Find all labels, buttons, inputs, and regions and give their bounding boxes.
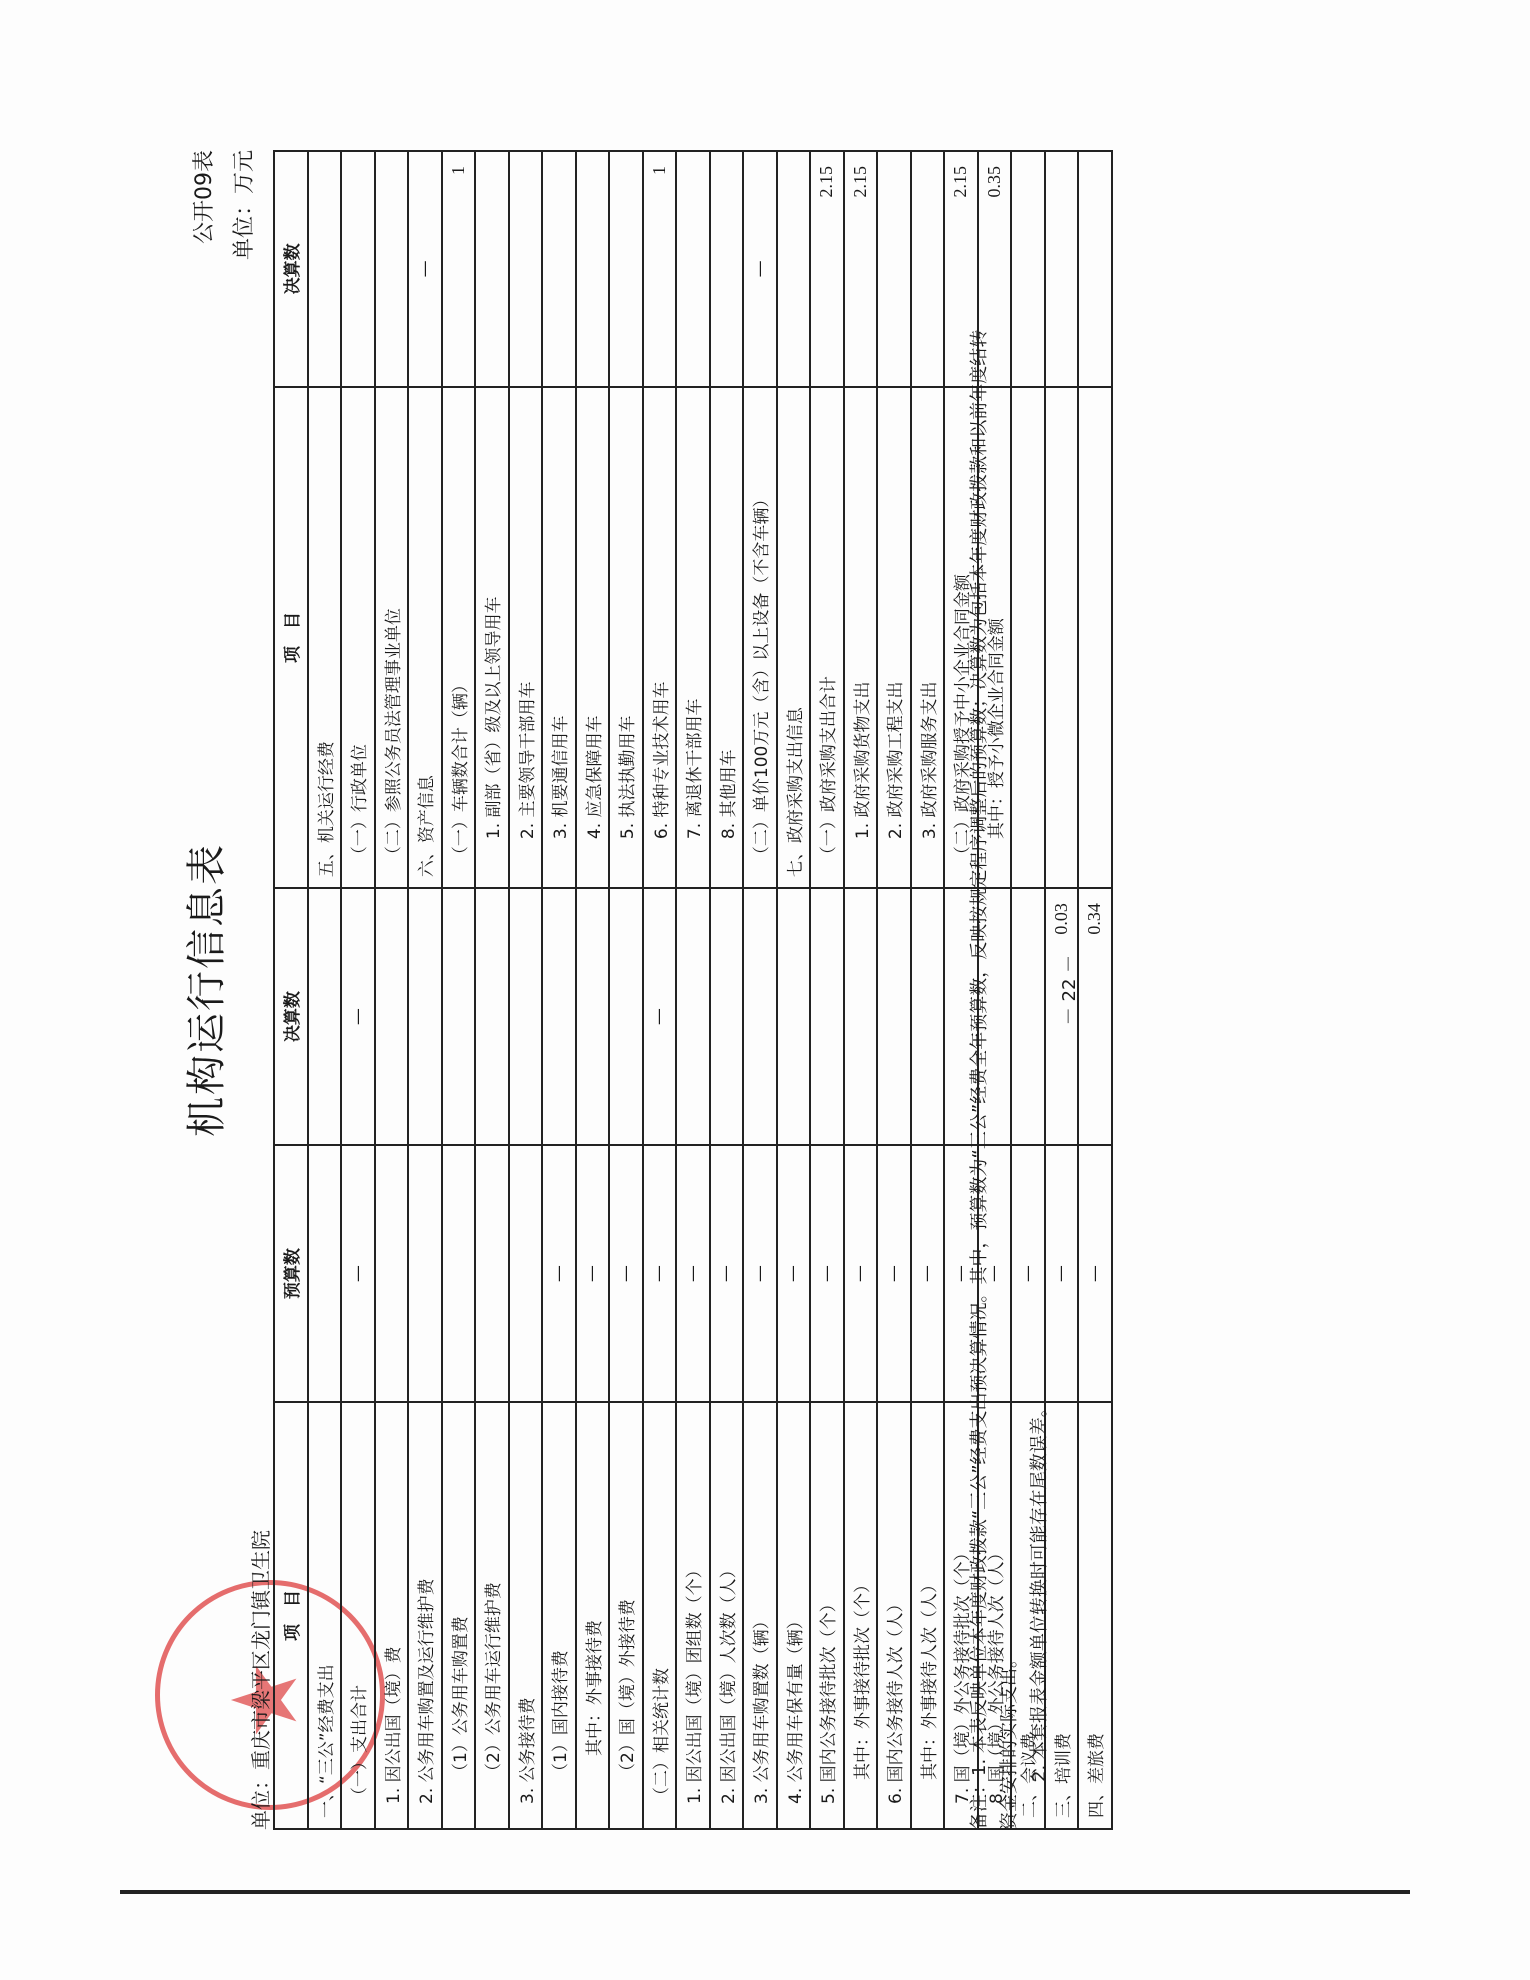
right-final-cell xyxy=(710,151,744,387)
left-budget-cell: — xyxy=(643,1145,677,1402)
left-final-cell xyxy=(576,888,610,1145)
left-budget-cell: — xyxy=(609,1145,643,1402)
left-final-cell xyxy=(877,888,911,1145)
right-item-cell: 6. 特种专业技术用车 xyxy=(643,387,677,888)
table-row: 其中：外事接待费—4. 应急保障用车 xyxy=(576,151,610,1829)
left-budget-cell xyxy=(442,1145,476,1402)
left-final-cell xyxy=(777,888,811,1145)
right-item-cell: 五、机关运行经费 xyxy=(308,387,342,888)
right-final-cell xyxy=(877,151,911,387)
right-final-cell xyxy=(375,151,409,387)
left-final-cell xyxy=(475,888,509,1145)
footnote-1-cont: 资金安排的实际支出。 xyxy=(995,150,1025,1830)
left-final-cell xyxy=(844,888,878,1145)
table-row: 5. 国内公务接待批次（个）—（一）政府采购支出合计2.15 xyxy=(810,151,844,1829)
left-item-cell: （2）国（境）外接待费 xyxy=(609,1402,643,1829)
footnote-2: 2. 本套报表金额单位转换时可能存在尾数误差。 xyxy=(1025,150,1055,1830)
right-final-cell xyxy=(576,151,610,387)
left-final-cell xyxy=(442,888,476,1145)
right-item-cell: 5. 执法执勤用车 xyxy=(609,387,643,888)
left-budget-cell xyxy=(408,1145,442,1402)
left-final-cell xyxy=(609,888,643,1145)
table-header-row: 项 目 预算数 决算数 项 目 决算数 xyxy=(274,151,308,1829)
left-final-cell: 0.34 xyxy=(1078,888,1112,1145)
footnotes: 备注：1. 本表反映单位本年度财政拨款“三公”经费支出预决算情况。其中，预算数为… xyxy=(965,150,1055,1830)
header-item-left: 项 目 xyxy=(274,1402,308,1829)
right-final-cell xyxy=(308,151,342,387)
right-item-cell: （一）行政单位 xyxy=(341,387,375,888)
left-final-cell xyxy=(375,888,409,1145)
left-final-cell: — xyxy=(341,888,375,1145)
left-budget-cell: — xyxy=(877,1145,911,1402)
left-item-cell: （1）公务用车购置费 xyxy=(442,1402,476,1829)
table-row: （1）公务用车购置费（一）车辆数合计（辆）1 xyxy=(442,151,476,1829)
left-item-cell: 四、差旅费 xyxy=(1078,1402,1112,1829)
header-final-left: 决算数 xyxy=(274,888,308,1145)
header-item-right: 项 目 xyxy=(274,387,308,888)
currency-unit: 单位：万元 xyxy=(227,150,258,260)
page-number: － 22 － xyxy=(1055,130,1081,1850)
right-item-cell: （二）参照公务员法管理事业单位 xyxy=(375,387,409,888)
right-final-cell xyxy=(1078,151,1112,387)
left-item-cell: 1. 因公出国（境）团组数（个） xyxy=(676,1402,710,1829)
right-item-cell: 3. 机要通信用车 xyxy=(542,387,576,888)
left-item-cell: 其中：外事接待费 xyxy=(576,1402,610,1829)
table-row: （一）支出合计——（一）行政单位 xyxy=(341,151,375,1829)
table-row: 1. 因公出国（境）团组数（个）—7. 离退休干部用车 xyxy=(676,151,710,1829)
left-budget-cell: — xyxy=(576,1145,610,1402)
right-final-cell xyxy=(475,151,509,387)
left-item-cell: 其中：外事接待人次（人） xyxy=(911,1402,945,1829)
left-item-cell: （二）相关统计数 xyxy=(643,1402,677,1829)
left-final-cell xyxy=(911,888,945,1145)
right-item-cell: 4. 应急保障用车 xyxy=(576,387,610,888)
table-row: 4. 公务用车保有量（辆）—七、政府采购支出信息 xyxy=(777,151,811,1829)
header-budget: 预算数 xyxy=(274,1145,308,1402)
right-item-cell: 2. 主要领导干部用车 xyxy=(509,387,543,888)
right-final-cell xyxy=(777,151,811,387)
table-row: 四、差旅费—0.34 xyxy=(1078,151,1112,1829)
right-final-cell: 1 xyxy=(442,151,476,387)
left-budget-cell: — xyxy=(676,1145,710,1402)
page-title: 机构运行信息表 xyxy=(175,130,232,1850)
table-row: （2）国（境）外接待费—5. 执法执勤用车 xyxy=(609,151,643,1829)
right-final-cell xyxy=(542,151,576,387)
form-number: 公开09表 xyxy=(187,150,218,244)
left-item-cell: （一）支出合计 xyxy=(341,1402,375,1829)
right-item-cell: 1. 副部（省）级及以上领导用车 xyxy=(475,387,509,888)
left-budget-cell: — xyxy=(810,1145,844,1402)
right-final-cell: — xyxy=(743,151,777,387)
table-row: （1）国内接待费—3. 机要通信用车 xyxy=(542,151,576,1829)
right-final-cell xyxy=(911,151,945,387)
right-item-cell: 7. 离退休干部用车 xyxy=(676,387,710,888)
left-budget-cell: — xyxy=(844,1145,878,1402)
table-row: 其中：外事接待人次（人）—3. 政府采购服务支出 xyxy=(911,151,945,1829)
right-item-cell: 六、资产信息 xyxy=(408,387,442,888)
left-item-cell: （1）国内接待费 xyxy=(542,1402,576,1829)
footnote-1: 备注：1. 本表反映单位本年度财政拨款“三公”经费支出预决算情况。其中，预算数为… xyxy=(965,150,995,1830)
right-item-cell: 3. 政府采购服务支出 xyxy=(911,387,945,888)
left-budget-cell: — xyxy=(341,1145,375,1402)
right-item-cell: （二）单价100万元（含）以上设备（不含车辆） xyxy=(743,387,777,888)
table-row: 其中：外事接待批次（个）—1. 政府采购货物支出2.15 xyxy=(844,151,878,1829)
scan-edge-line xyxy=(120,1890,1410,1894)
left-final-cell xyxy=(810,888,844,1145)
left-item-cell: 1. 因公出国（境）费 xyxy=(375,1402,409,1829)
right-item-cell: 2. 政府采购工程支出 xyxy=(877,387,911,888)
table-row: 6. 国内公务接待人次（人）—2. 政府采购工程支出 xyxy=(877,151,911,1829)
table-row: 3. 公务接待费2. 主要领导干部用车 xyxy=(509,151,543,1829)
right-final-cell: 2.15 xyxy=(810,151,844,387)
left-budget-cell xyxy=(308,1145,342,1402)
left-item-cell: 一、“三公”经费支出 xyxy=(308,1402,342,1829)
right-final-cell xyxy=(341,151,375,387)
left-budget-cell: — xyxy=(710,1145,744,1402)
table-row: （二）相关统计数——6. 特种专业技术用车1 xyxy=(643,151,677,1829)
table-row: （2）公务用车运行维护费1. 副部（省）级及以上领导用车 xyxy=(475,151,509,1829)
right-item-cell: 1. 政府采购货物支出 xyxy=(844,387,878,888)
right-final-cell: — xyxy=(408,151,442,387)
right-item-cell: 七、政府采购支出信息 xyxy=(777,387,811,888)
left-final-cell xyxy=(676,888,710,1145)
header-final-right: 决算数 xyxy=(274,151,308,387)
document-page: ★ 机构运行信息表 公开09表 单位：万元 单位：重庆市梁平区龙门镇卫生院 项 … xyxy=(165,130,1365,1850)
left-final-cell xyxy=(509,888,543,1145)
left-item-cell: 4. 公务用车保有量（辆） xyxy=(777,1402,811,1829)
left-item-cell: （2）公务用车运行维护费 xyxy=(475,1402,509,1829)
left-item-cell: 其中：外事接待批次（个） xyxy=(844,1402,878,1829)
table-row: 一、“三公”经费支出五、机关运行经费 xyxy=(308,151,342,1829)
right-item-cell: （一）政府采购支出合计 xyxy=(810,387,844,888)
left-item-cell: 2. 因公出国（境）人次数（人） xyxy=(710,1402,744,1829)
left-item-cell: 2. 公务用车购置及运行维护费 xyxy=(408,1402,442,1829)
left-item-cell: 6. 国内公务接待人次（人） xyxy=(877,1402,911,1829)
left-budget-cell: — xyxy=(743,1145,777,1402)
organization-label: 单位：重庆市梁平区龙门镇卫生院 xyxy=(245,1530,274,1830)
left-final-cell xyxy=(308,888,342,1145)
left-budget-cell xyxy=(475,1145,509,1402)
table-row: 1. 因公出国（境）费（二）参照公务员法管理事业单位 xyxy=(375,151,409,1829)
right-final-cell xyxy=(676,151,710,387)
left-final-cell: — xyxy=(643,888,677,1145)
left-budget-cell xyxy=(509,1145,543,1402)
table-row: 2. 公务用车购置及运行维护费六、资产信息— xyxy=(408,151,442,1829)
left-budget-cell xyxy=(375,1145,409,1402)
right-final-cell xyxy=(609,151,643,387)
left-final-cell xyxy=(408,888,442,1145)
table-row: 3. 公务用车购置数（辆）—（二）单价100万元（含）以上设备（不含车辆）— xyxy=(743,151,777,1829)
left-budget-cell: — xyxy=(542,1145,576,1402)
left-item-cell: 3. 公务接待费 xyxy=(509,1402,543,1829)
left-final-cell xyxy=(710,888,744,1145)
right-item-cell xyxy=(1078,387,1112,888)
right-final-cell: 1 xyxy=(643,151,677,387)
right-item-cell: （一）车辆数合计（辆） xyxy=(442,387,476,888)
right-item-cell: 8. 其他用车 xyxy=(710,387,744,888)
left-item-cell: 3. 公务用车购置数（辆） xyxy=(743,1402,777,1829)
right-final-cell: 2.15 xyxy=(844,151,878,387)
right-final-cell xyxy=(509,151,543,387)
left-budget-cell: — xyxy=(777,1145,811,1402)
left-budget-cell: — xyxy=(1078,1145,1112,1402)
left-final-cell xyxy=(743,888,777,1145)
table-row: 2. 因公出国（境）人次数（人）—8. 其他用车 xyxy=(710,151,744,1829)
left-final-cell xyxy=(542,888,576,1145)
left-item-cell: 5. 国内公务接待批次（个） xyxy=(810,1402,844,1829)
left-budget-cell: — xyxy=(911,1145,945,1402)
